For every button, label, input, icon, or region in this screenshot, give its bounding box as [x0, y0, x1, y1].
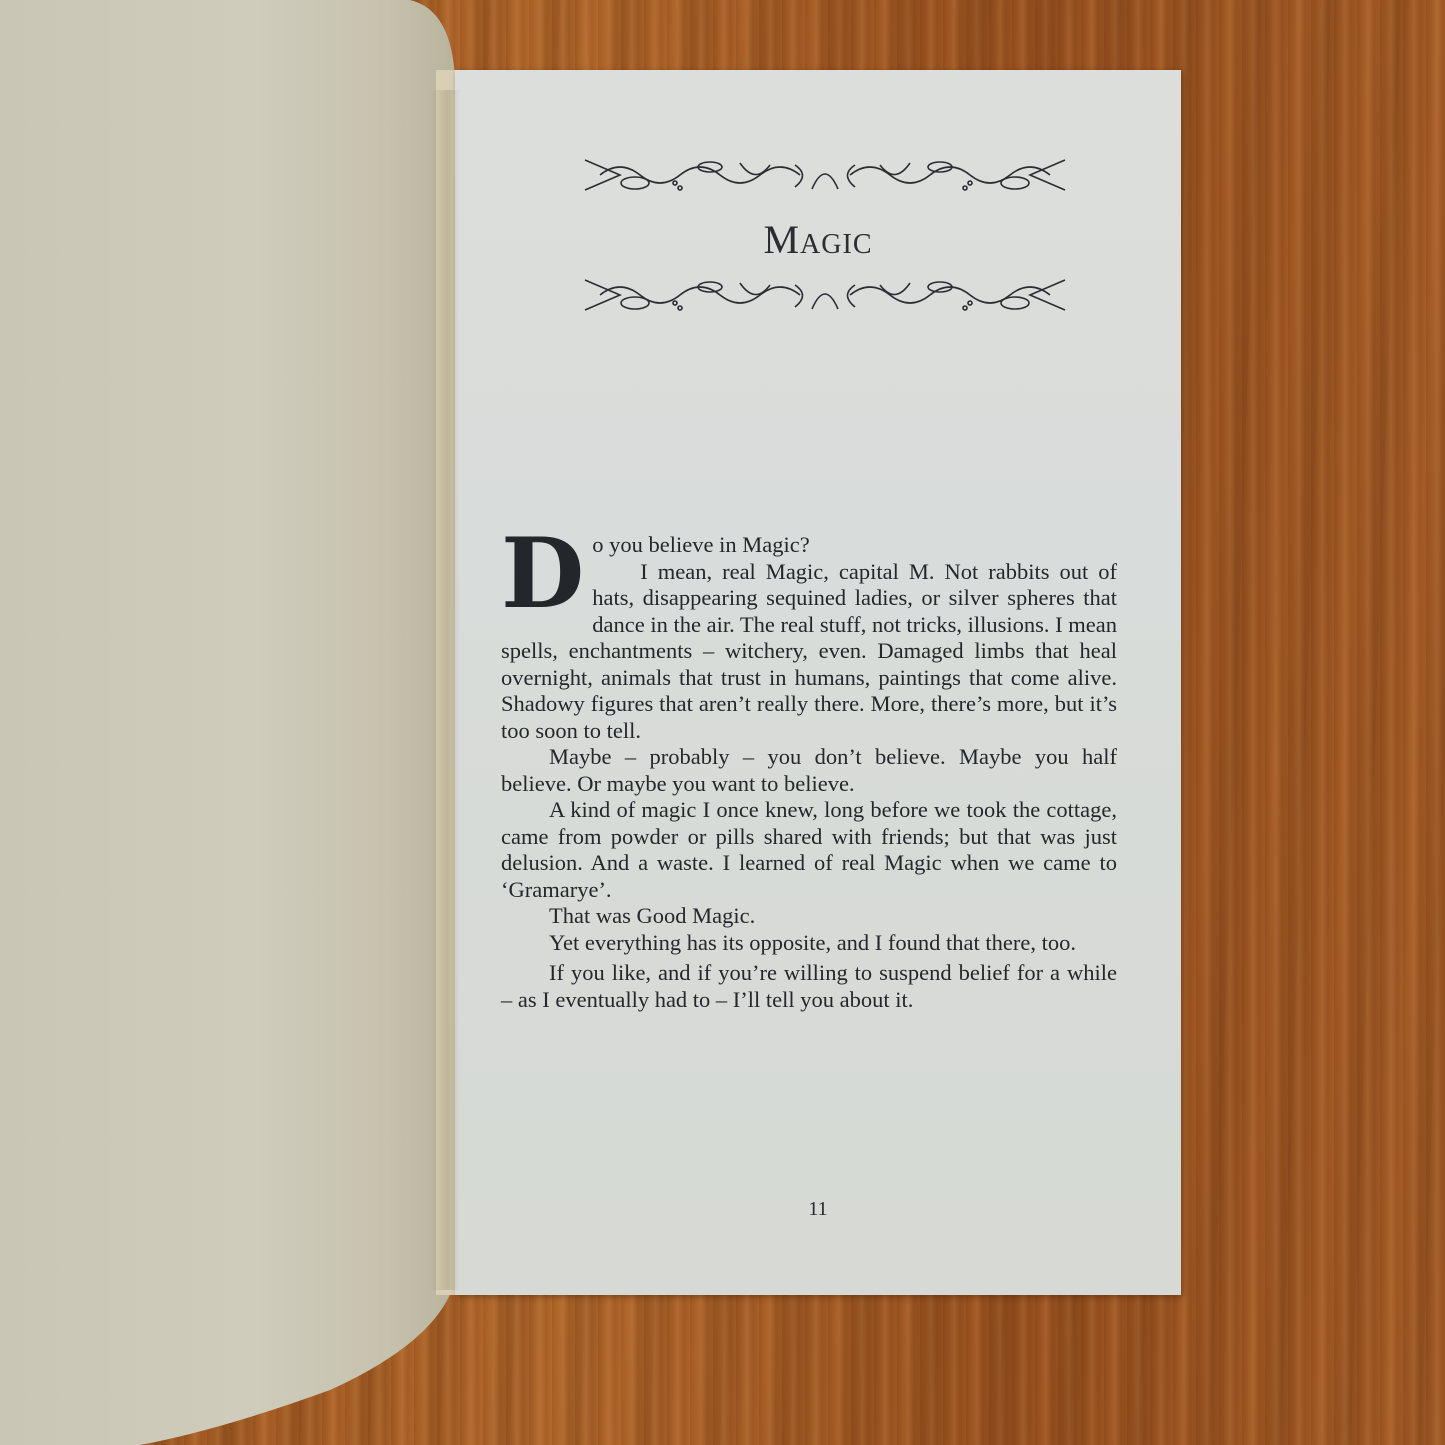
paragraph: If you like, and if you’re willing to su…: [501, 960, 1117, 1013]
paragraph: Yet everything has its opposite, and I f…: [501, 930, 1117, 957]
floral-ornament-top: [580, 155, 1070, 195]
floral-ornament-bottom: [580, 275, 1070, 315]
paragraph: I mean, real Magic, capital M. Not rabbi…: [501, 559, 1117, 745]
book-gutter-shadow: [430, 90, 460, 1290]
chapter-title: Magic: [455, 216, 1181, 263]
drop-cap: D: [501, 536, 584, 612]
right-page: Magic D o you believe in Magic? I mean, …: [455, 70, 1181, 1295]
paragraph: o you believe in Magic?: [501, 532, 1117, 559]
paragraph: That was Good Magic.: [501, 903, 1117, 930]
paragraph: Maybe – probably – you don’t believe. Ma…: [501, 744, 1117, 797]
paragraph: A kind of magic I once knew, long before…: [501, 797, 1117, 903]
chapter-body: D o you believe in Magic? I mean, real M…: [501, 532, 1117, 1013]
left-page: [0, 0, 455, 1445]
page-number: 11: [455, 1198, 1181, 1221]
